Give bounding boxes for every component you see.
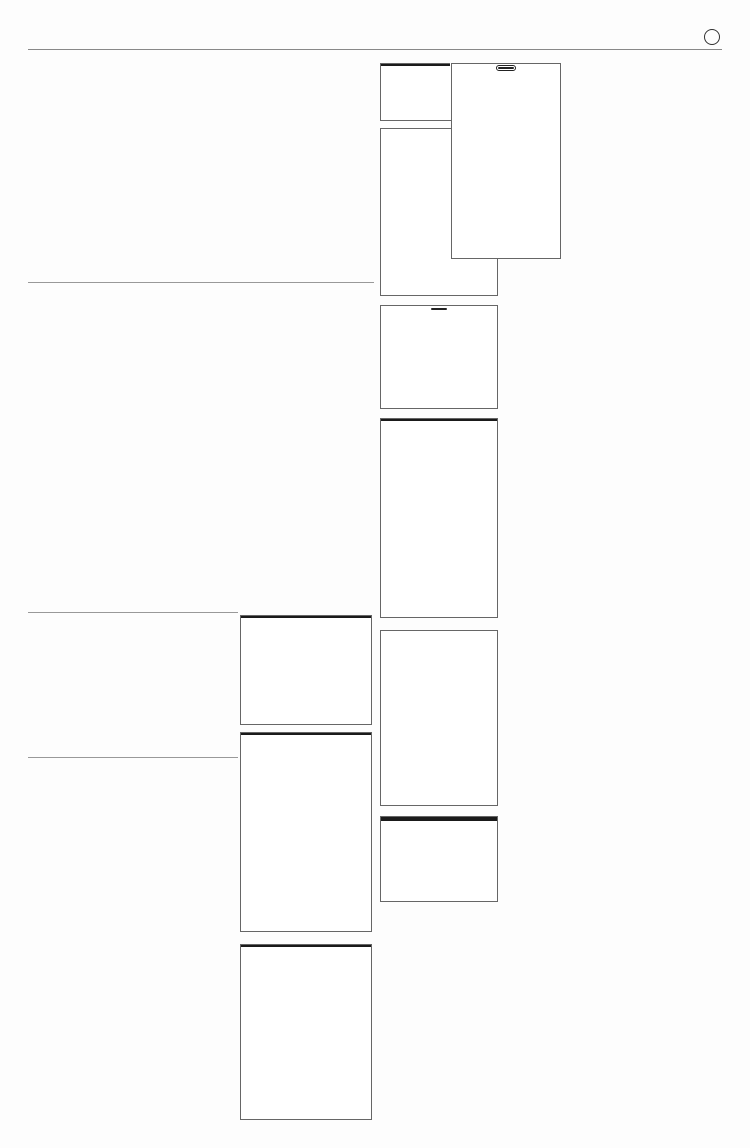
masthead-rule	[28, 49, 722, 50]
nashik-story	[28, 762, 238, 978]
lead-story	[28, 56, 373, 214]
jahir-notice-sawant	[380, 630, 498, 806]
notice-body	[455, 73, 557, 221]
notice-datamatics	[380, 418, 498, 618]
notice-title	[381, 817, 497, 821]
jahir-suchana-kamble	[380, 816, 498, 902]
notice-body	[384, 823, 494, 879]
public-notice-harjani	[240, 615, 372, 725]
notice-title	[241, 945, 371, 947]
notice-title	[241, 616, 371, 618]
notice-mitra-prem	[240, 732, 372, 932]
notice-title	[497, 66, 515, 70]
public-notice-bangera	[451, 63, 561, 259]
notice-title	[431, 308, 447, 310]
notice-title	[381, 419, 497, 421]
page-number	[704, 29, 720, 45]
section-divider-3	[28, 757, 238, 758]
notice-title	[241, 733, 371, 735]
orchids-story	[128, 286, 376, 510]
fraud-story	[28, 616, 238, 730]
jahir-suchana-karyalay	[380, 305, 498, 409]
notice-body	[384, 635, 494, 775]
solapur-story	[28, 286, 138, 546]
notice-body	[384, 313, 494, 383]
notice-rashmi-avenue	[240, 944, 372, 1120]
section-divider	[28, 282, 374, 283]
section-divider-2	[28, 612, 238, 613]
